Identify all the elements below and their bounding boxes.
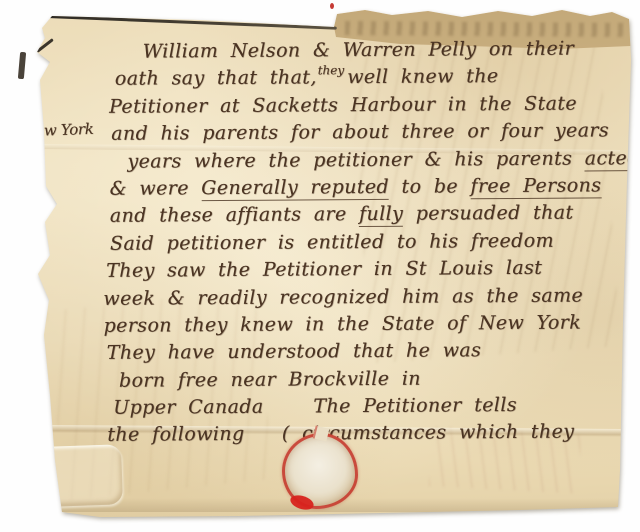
manuscript-paper: of New York William Nelson & Warren Pell… [0, 0, 640, 532]
manuscript-line: years where the petitioner & his parents… [127, 145, 624, 176]
embossed-seal [19, 444, 123, 508]
manuscript-line: oath say that that,theywell knew the [115, 63, 624, 94]
manuscript-line: William Nelson & Warren Pelly on their [143, 35, 624, 66]
manuscript-line: Upper Canada The Petitioner tells [113, 391, 626, 422]
paper-wrapper: of New York William Nelson & Warren Pell… [0, 0, 640, 532]
red-ink-speck [330, 3, 334, 9]
fold-edge-line [46, 15, 337, 30]
manuscript-line: week & readily recognized him as the sam… [103, 282, 625, 313]
manuscript-line: Said petitioner is entitled to his freed… [110, 227, 625, 258]
scanned-document: of New York William Nelson & Warren Pell… [0, 0, 640, 532]
manuscript-lines: William Nelson & Warren Pelly on theiroa… [109, 35, 627, 449]
manuscript-line: & were Generally reputed to be free Pers… [110, 172, 625, 203]
manuscript-line: person they knew in the State of New Yor… [103, 309, 625, 340]
corner-fold-line [36, 38, 54, 53]
manuscript-line: and his parents for about three or four … [111, 117, 624, 148]
manuscript-line: the following ( circumstances which they [107, 419, 626, 450]
manuscript-line: They saw the Petitioner in St Louis last [106, 254, 625, 285]
wax-seal [282, 433, 358, 509]
manuscript-line: born free near Brockville in [119, 364, 626, 395]
manuscript-line: They have understood that he was [107, 336, 626, 367]
manuscript-line: Petitioner at Sacketts Harbour in the St… [109, 90, 624, 121]
inserted-word: they [318, 58, 345, 86]
margin-note: of New York [4, 119, 117, 141]
manuscript-line: and these affiants are fully persuaded t… [110, 200, 625, 231]
